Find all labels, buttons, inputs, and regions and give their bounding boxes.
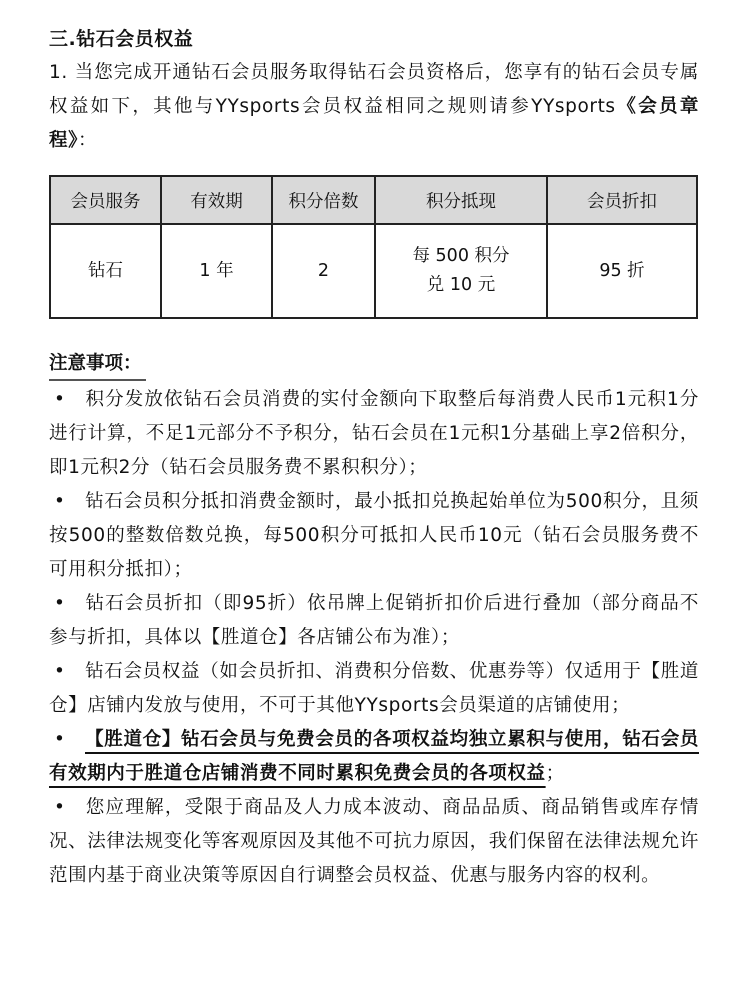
list-item-text: 积分发放依钻石会员消费的实付金额向下取整后每消费人民币1元积1分进行计算，不足1…: [49, 389, 699, 478]
cell-redeem: 每 500 积分 兑 10 元: [375, 224, 547, 318]
header-redeem: 积分抵现: [375, 176, 547, 224]
table-row: 钻石 1 年 2 每 500 积分 兑 10 元 95 折: [50, 224, 697, 318]
list-item: •钻石会员积分抵扣消费金额时，最小抵扣兑换起始单位为500积分，且须按500的整…: [49, 485, 699, 587]
header-discount: 会员折扣: [547, 176, 697, 224]
list-item-text: 您应理解，受限于商品及人力成本波动、商品品质、商品销售或库存情况、法律法规变化等…: [49, 797, 699, 886]
benefits-table-wrapper: 会员服务 有效期 积分倍数 积分抵现 会员折扣 钻石 1 年 2 每 500 积…: [49, 175, 699, 319]
list-item: •钻石会员折扣（即95折）依吊牌上促销折扣价后进行叠加（部分商品不参与折扣，具体…: [49, 587, 699, 655]
intro-text: 1. 当您完成开通钻石会员服务取得钻石会员资格后，您享有的钻石会员专属权益如下，…: [49, 62, 699, 117]
list-item-emphasized: •【胜道仓】钻石会员与免费会员的各项权益均独立累积与使用，钻石会员有效期内于胜道…: [49, 723, 699, 791]
cell-multiplier: 2: [272, 224, 375, 318]
list-item-suffix: ；: [546, 763, 565, 784]
cell-service: 钻石: [50, 224, 161, 318]
bullet-icon: •: [49, 587, 85, 621]
header-multiplier: 积分倍数: [272, 176, 375, 224]
intro-suffix: ：: [78, 130, 97, 151]
list-item-text: 钻石会员折扣（即95折）依吊牌上促销折扣价后进行叠加（部分商品不参与折扣，具体以…: [49, 593, 699, 648]
bullet-icon: •: [49, 655, 85, 689]
bullet-icon: •: [49, 485, 85, 519]
notes-list: •积分发放依钻石会员消费的实付金额向下取整后每消费人民币1元积1分进行计算，不足…: [49, 383, 699, 893]
list-item: •钻石会员权益（如会员折扣、消费积分倍数、优惠券等）仅适用于【胜道仓】店铺内发放…: [49, 655, 699, 723]
list-item-text: 钻石会员权益（如会员折扣、消费积分倍数、优惠券等）仅适用于【胜道仓】店铺内发放与…: [49, 661, 699, 716]
list-item-text: 钻石会员积分抵扣消费金额时，最小抵扣兑换起始单位为500积分，且须按500的整数…: [49, 491, 699, 580]
bullet-icon: •: [49, 791, 85, 825]
redeem-line-1: 每 500 积分: [376, 242, 546, 271]
bullet-icon: •: [49, 723, 85, 757]
benefits-table: 会员服务 有效期 积分倍数 积分抵现 会员折扣 钻石 1 年 2 每 500 积…: [49, 175, 698, 319]
cell-discount: 95 折: [547, 224, 697, 318]
list-item: •您应理解，受限于商品及人力成本波动、商品品质、商品销售或库存情况、法律法规变化…: [49, 791, 699, 893]
table-header-row: 会员服务 有效期 积分倍数 积分抵现 会员折扣: [50, 176, 697, 224]
list-item: •积分发放依钻石会员消费的实付金额向下取整后每消费人民币1元积1分进行计算，不足…: [49, 383, 699, 485]
redeem-line-2: 兑 10 元: [376, 271, 546, 300]
cell-validity: 1 年: [161, 224, 272, 318]
header-service: 会员服务: [50, 176, 161, 224]
document-content: 三.钻石会员权益 1. 当您完成开通钻石会员服务取得钻石会员资格后，您享有的钻石…: [49, 22, 699, 893]
section-title: 三.钻石会员权益: [49, 22, 699, 56]
emphasized-text: 【胜道仓】钻石会员与免费会员的各项权益均独立累积与使用，钻石会员有效期内于胜道仓…: [49, 729, 699, 784]
notes-title: 注意事项：: [49, 349, 146, 381]
intro-paragraph: 1. 当您完成开通钻石会员服务取得钻石会员资格后，您享有的钻石会员专属权益如下，…: [49, 56, 699, 158]
header-validity: 有效期: [161, 176, 272, 224]
bullet-icon: •: [49, 383, 85, 417]
document-page: 三.钻石会员权益 1. 当您完成开通钻石会员服务取得钻石会员资格后，您享有的钻石…: [0, 0, 750, 981]
